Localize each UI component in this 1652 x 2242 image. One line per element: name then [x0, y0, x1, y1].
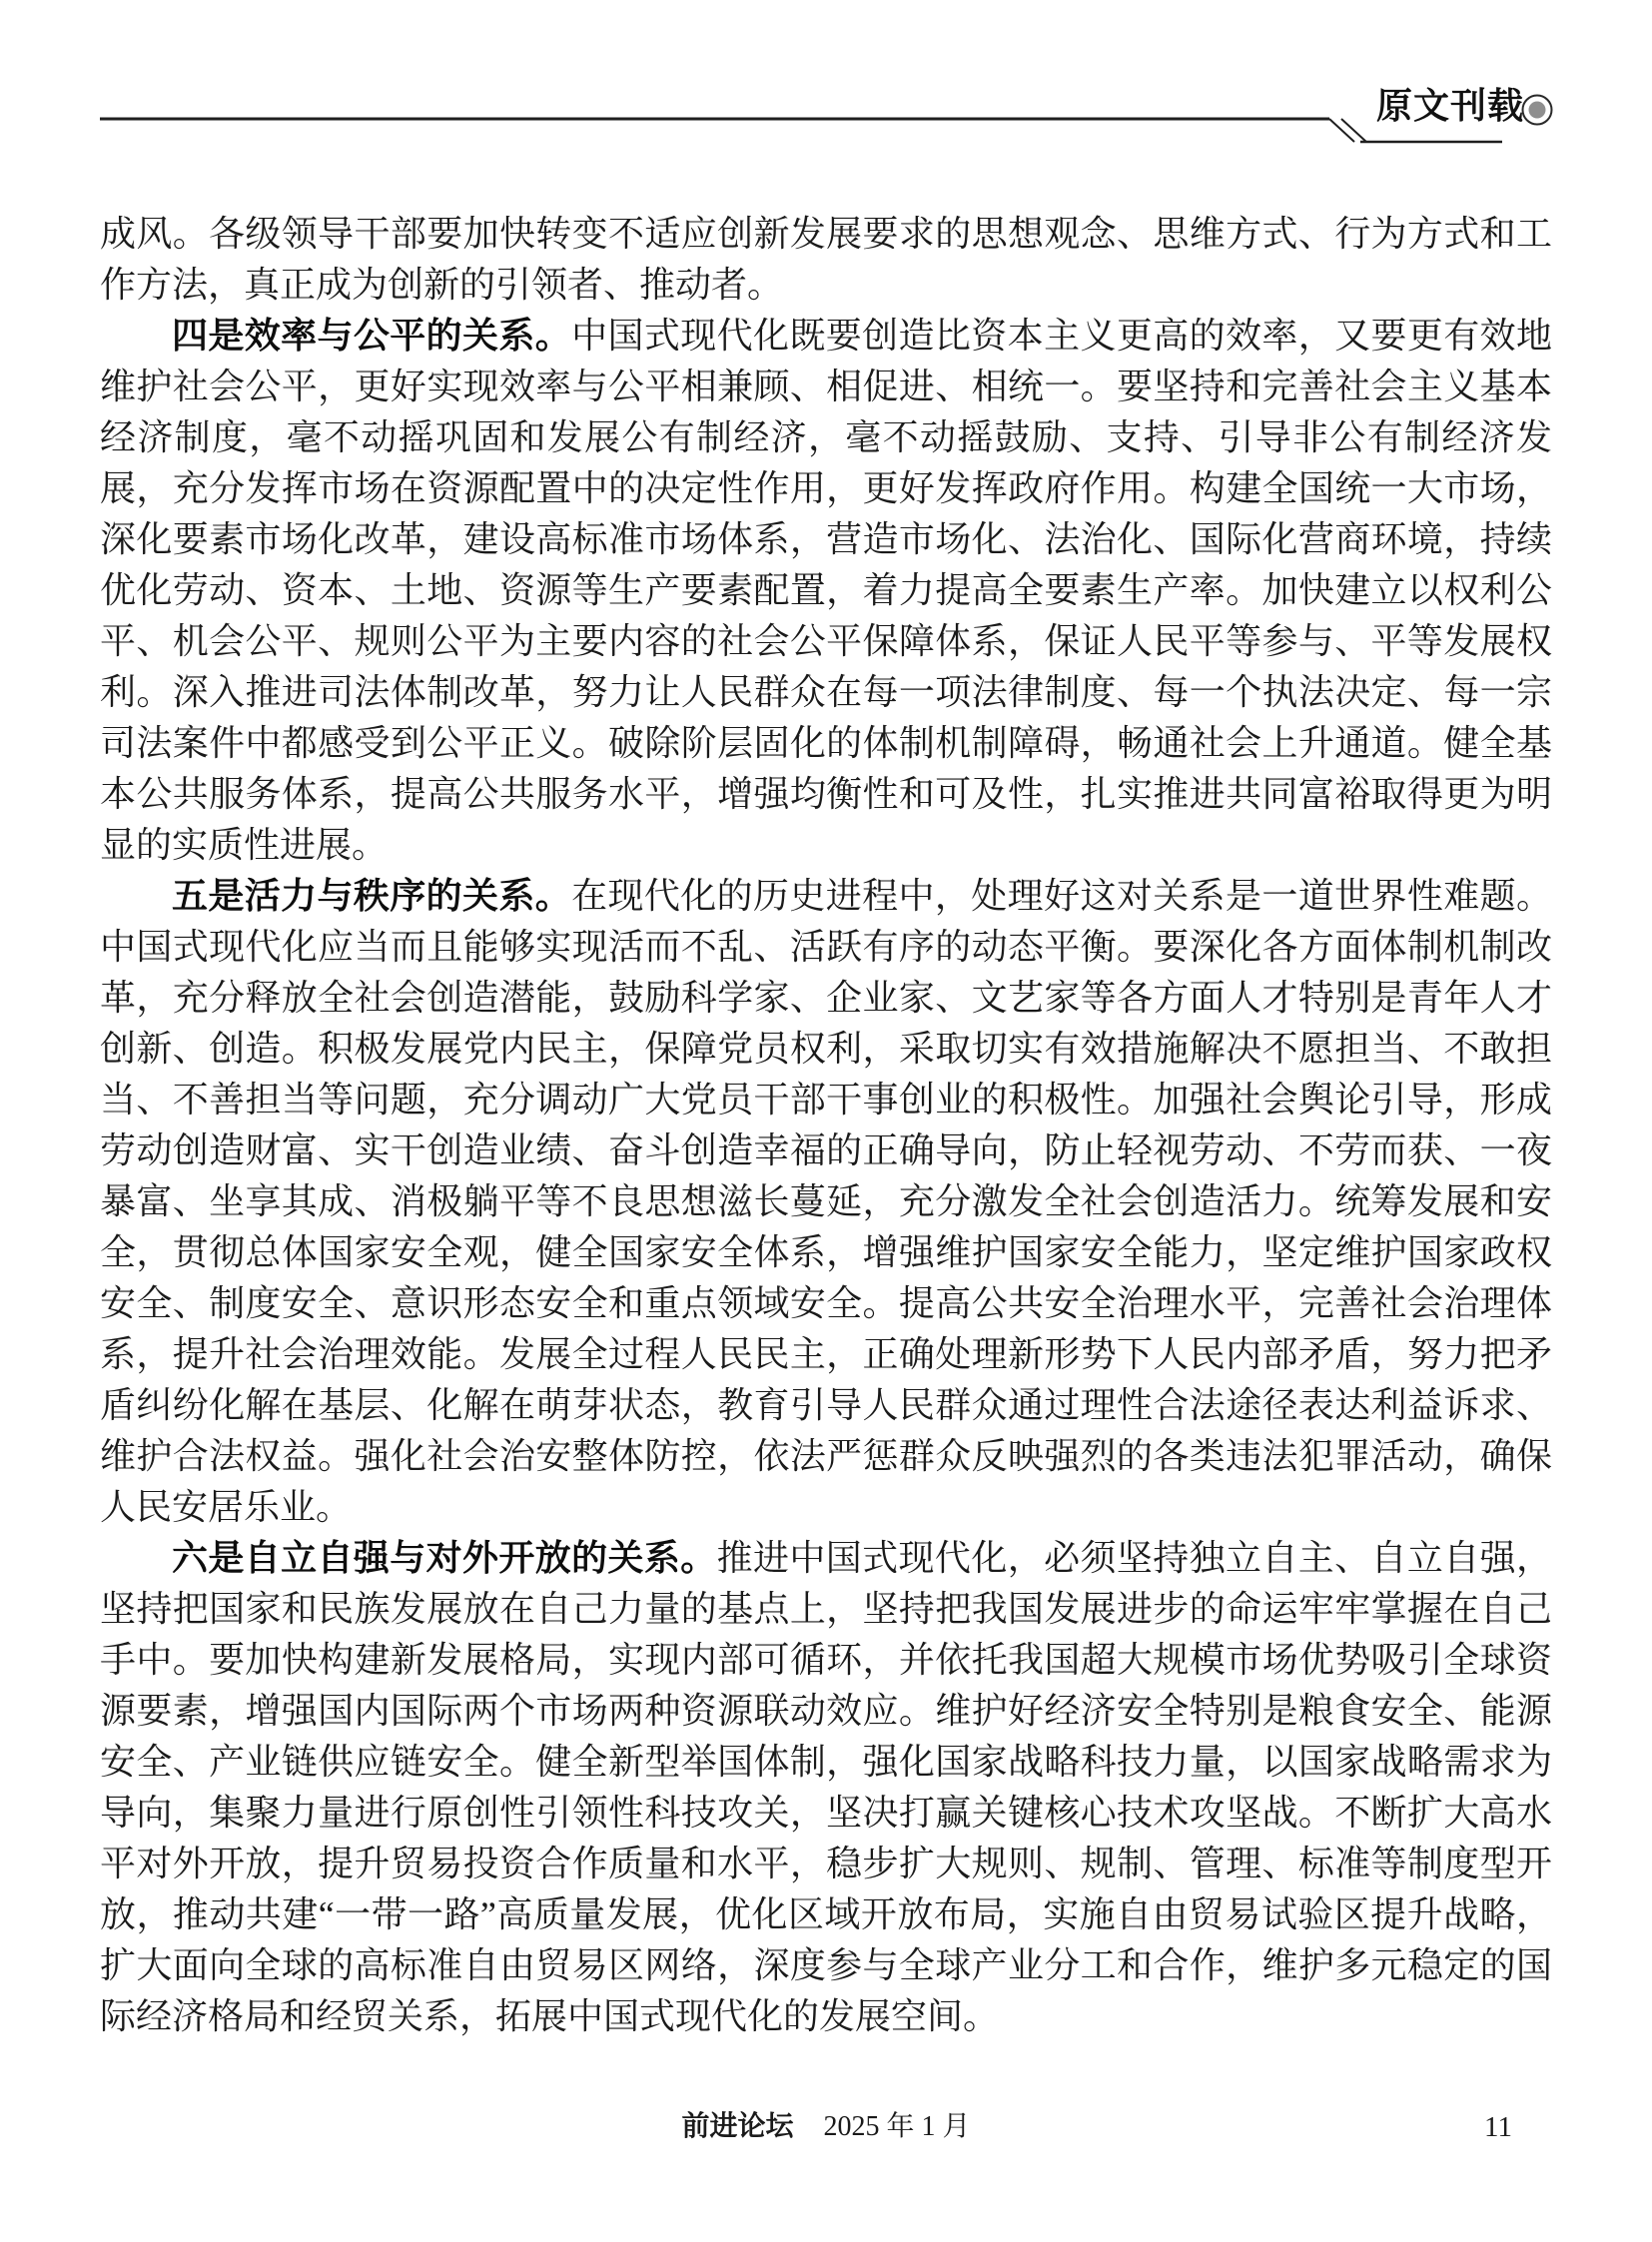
journal-page: 原文刊载 成风。各级领导干部要加快转变不适应创新发展要求的思想观念、思维方式、行… — [0, 0, 1652, 2242]
paragraph-continuation: 成风。各级领导干部要加快转变不适应创新发展要求的思想观念、思维方式、行为方式和工… — [100, 209, 1552, 311]
paragraph-four: 四是效率与公平的关系。中国式现代化既要创造比资本主义更高的效率，又要更有效地维护… — [100, 311, 1552, 871]
paragraph-five: 五是活力与秩序的关系。在现代化的历史进程中，处理好这对关系是一道世界性难题。中国… — [100, 871, 1552, 1533]
paragraph-lead: 四是效率与公平的关系。 — [172, 316, 571, 356]
page-number: 11 — [1460, 2107, 1536, 2147]
header-rule — [0, 0, 1652, 170]
paragraph-text: 成风。各级领导干部要加快转变不适应创新发展要求的思想观念、思维方式、行为方式和工… — [100, 214, 1552, 305]
issue-date: 2025 年 1 月 — [824, 2111, 971, 2142]
journal-name: 前进论坛 — [681, 2111, 793, 2142]
paragraph-lead: 六是自立自强与对外开放的关系。 — [172, 1538, 717, 1578]
paragraph-lead: 五是活力与秩序的关系。 — [172, 876, 571, 916]
header-section-title: 原文刊载 — [1376, 86, 1524, 127]
article-body: 成风。各级领导干部要加快转变不适应创新发展要求的思想观念、思维方式、行为方式和工… — [100, 209, 1552, 2042]
paragraph-text: 中国式现代化既要创造比资本主义更高的效率，又要更有效地维护社会公平，更好实现效率… — [100, 316, 1552, 865]
paragraph-text: 推进中国式现代化，必须坚持独立自主、自立自强，坚持把国家和民族发展放在自己力量的… — [100, 1538, 1552, 2036]
paragraph-six: 六是自立自强与对外开放的关系。推进中国式现代化，必须坚持独立自主、自立自强，坚持… — [100, 1533, 1552, 2042]
paragraph-text: 在现代化的历史进程中，处理好这对关系是一道世界性难题。中国式现代化应当而且能够实… — [100, 876, 1552, 1527]
page-footer: 前进论坛2025 年 1 月 — [0, 2107, 1652, 2147]
bullseye-icon — [1520, 93, 1554, 127]
